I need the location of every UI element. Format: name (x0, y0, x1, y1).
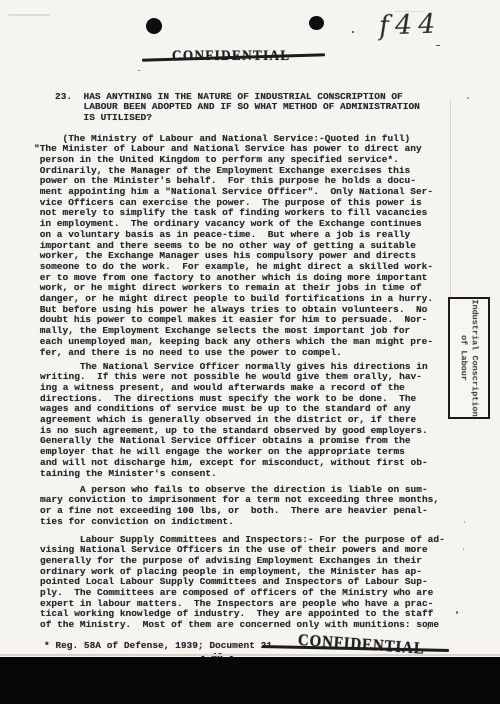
paragraph-penalties: A person who fails to observe the direct… (40, 485, 439, 528)
scan-speck (463, 548, 464, 550)
paragraph-labour-supply-committees: Labour Supply Committees and Inspectors:… (40, 535, 445, 631)
paragraph-quoted-ministry-statement: (The Ministry of Labour and National Ser… (34, 134, 433, 359)
scanned-document-page: f44 CONFIDENTIAL 23. HAS ANYTHING IN THE… (0, 0, 500, 704)
hole-punch-dot-right (309, 16, 324, 30)
scan-speck (467, 97, 469, 99)
scan-speck (427, 627, 429, 629)
side-index-tab: Industrial Conscription of Labour (448, 297, 490, 419)
scan-black-bar (0, 657, 500, 704)
scan-smear (8, 14, 50, 16)
side-tab-label: Industrial Conscription of Labour (458, 299, 480, 416)
scan-edge-faint-line (450, 100, 451, 297)
scan-bar-shadow (0, 654, 500, 656)
scan-speck (352, 31, 354, 33)
paragraph-national-service-officer: The National Service Officer normally gi… (40, 362, 428, 480)
scan-smear (395, 11, 423, 12)
handwritten-folio-number: f44 (378, 9, 441, 42)
scan-speck (456, 611, 458, 614)
scan-speck (138, 70, 140, 71)
footnote-reference: * Reg. 58A of Defense, 1939; Document 21… (44, 641, 278, 652)
hole-punch-dot-left (146, 18, 162, 34)
question-heading: 23. HAS ANYTHING IN THE NATURE OF INDUST… (55, 92, 420, 124)
scan-speck (436, 45, 440, 46)
scan-speck (464, 521, 465, 523)
